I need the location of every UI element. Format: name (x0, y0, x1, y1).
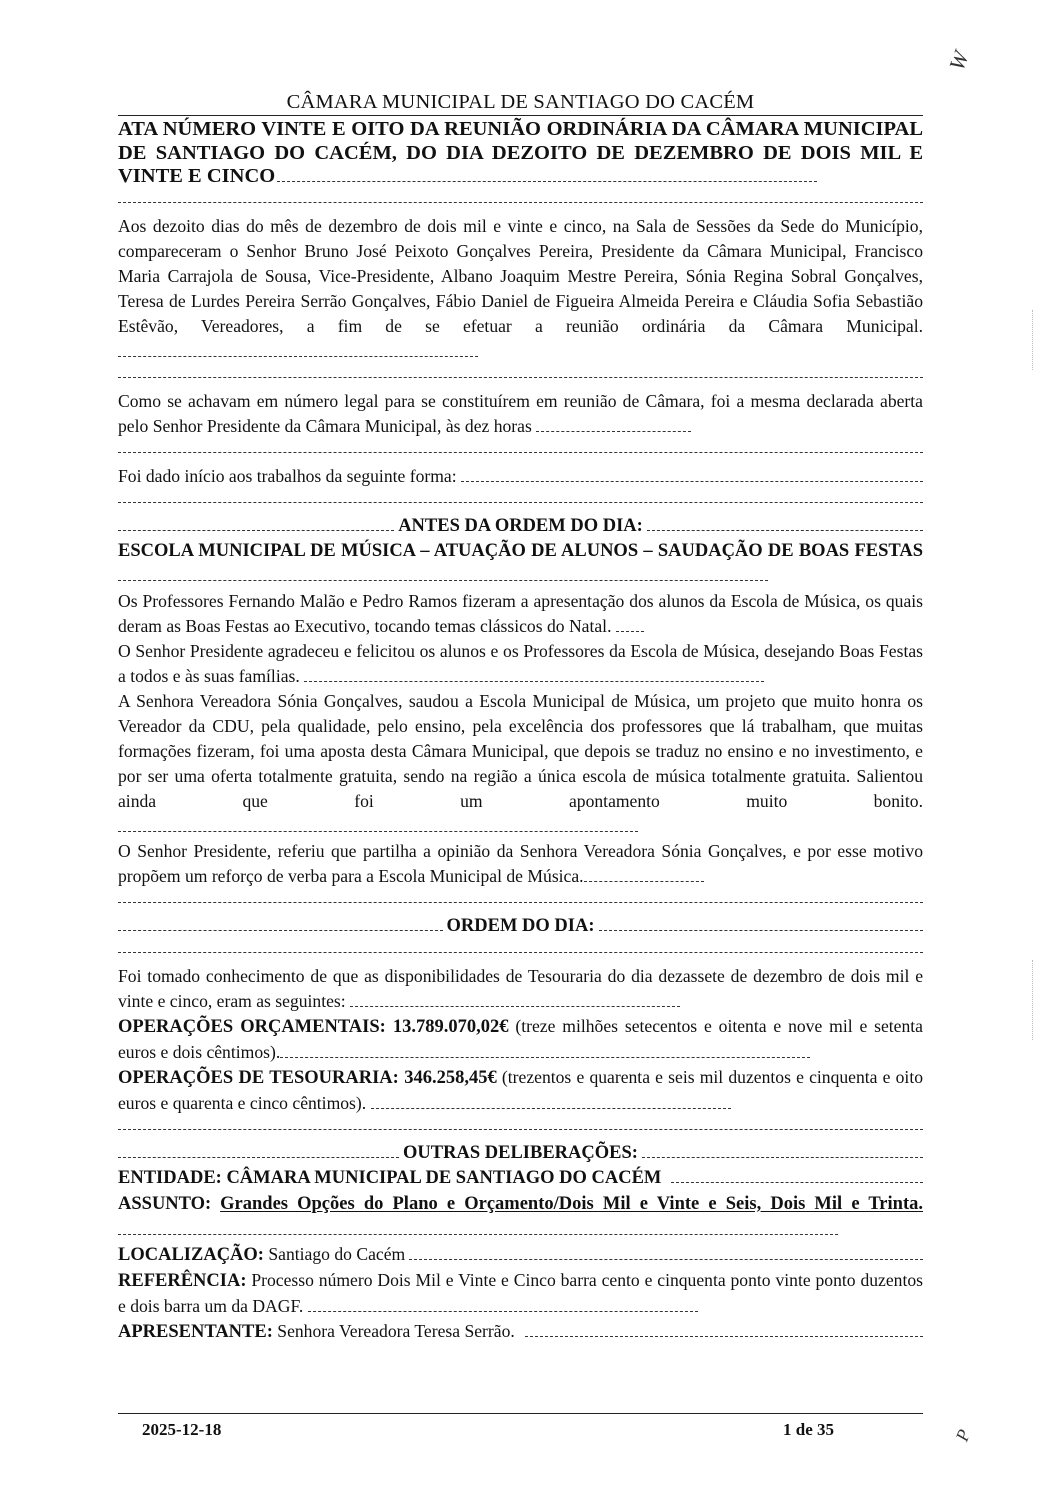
margin-mark (1032, 960, 1034, 1040)
document-page: CÂMARA MUNICIPAL DE SANTIAGO DO CACÉM AT… (118, 90, 923, 1345)
opening-text: Como se achavam em número legal para se … (118, 391, 923, 436)
orcamentais-label: OPERAÇÕES ORÇAMENTAIS: 13.789.070,02€ (118, 1017, 509, 1037)
ata-title: ATA NÚMERO VINTE E OITO DA REUNIÃO ORDIN… (118, 118, 923, 189)
opening-paragraph: Como se achavam em número legal para se … (118, 389, 923, 439)
entidade-text: ENTIDADE: CÂMARA MUNICIPAL DE SANTIAGO D… (118, 1166, 661, 1191)
item-title-text: ESCOLA MUNICIPAL DE MÚSICA – ATUAÇÃO DE … (118, 541, 923, 561)
localizacao-line: LOCALIZAÇÃO: Santiago do Cacém (118, 1242, 923, 1268)
operacoes-tesouraria: OPERAÇÕES DE TESOURARIA: 346.258,45€ (tr… (118, 1065, 923, 1116)
referencia-label: REFERÊNCIA: (118, 1271, 246, 1291)
tesouraria-label: OPERAÇÕES DE TESOURARIA: 346.258,45€ (118, 1068, 497, 1088)
margin-mark (1032, 310, 1034, 370)
antes-ordem-heading: ANTES DA ORDEM DO DIA: (118, 514, 923, 539)
ordem-dia-heading: ORDEM DO DIA: (118, 914, 923, 939)
dash-separator (118, 939, 923, 964)
paragraph-text: Os Professores Fernando Malão e Pedro Ra… (118, 591, 923, 636)
page-number: 1 de 35 (783, 1420, 834, 1440)
attendance-paragraph: Aos dezoito dias do mês de dezembro de d… (118, 214, 923, 364)
antes-paragraph-1: Os Professores Fernando Malão e Pedro Ra… (118, 589, 923, 639)
antes-paragraph-4: O Senhor Presidente, referiu que partilh… (118, 839, 923, 889)
operacoes-orcamentais: OPERAÇÕES ORÇAMENTAIS: 13.789.070,02€ (t… (118, 1014, 923, 1065)
tesouraria-intro: Foi tomado conhecimento de que as dispon… (118, 964, 923, 1014)
start-line: Foi dado início aos trabalhos da seguint… (118, 464, 923, 489)
apresentante-label: APRESENTANTE: (118, 1320, 273, 1345)
localizacao-label: LOCALIZAÇÃO: (118, 1243, 264, 1268)
tesouraria-intro-text: Foi tomado conhecimento de que as dispon… (118, 966, 923, 1011)
apresentante-line: APRESENTANTE: Senhora Vereadora Teresa S… (118, 1319, 923, 1345)
attendance-text: Aos dezoito dias do mês de dezembro de d… (118, 216, 923, 336)
footer-date: 2025-12-18 (142, 1420, 221, 1440)
dash-separator (118, 889, 923, 914)
section-title-ordem-dia: ORDEM DO DIA: (447, 914, 595, 939)
section-title-outras: OUTRAS DELIBERAÇÕES: (403, 1141, 638, 1166)
dash-separator (118, 364, 923, 389)
dash-separator (118, 1116, 923, 1141)
assunto-line: ASSUNTO: Grandes Opções do Plano e Orçam… (118, 1191, 923, 1242)
assunto-label: ASSUNTO: (118, 1194, 211, 1214)
header-rule (118, 115, 923, 116)
dash-separator (118, 189, 923, 214)
paragraph-text: O Senhor Presidente, referiu que partilh… (118, 841, 923, 886)
paragraph-text: O Senhor Presidente agradeceu e felicito… (118, 641, 923, 686)
dash-separator (118, 489, 923, 514)
assunto-value: Grandes Opções do Plano e Orçamento/Dois… (220, 1194, 923, 1214)
antes-paragraph-2: O Senhor Presidente agradeceu e felicito… (118, 639, 923, 689)
entidade-line: ENTIDADE: CÂMARA MUNICIPAL DE SANTIAGO D… (118, 1166, 923, 1191)
apresentante-value: Senhora Vereadora Teresa Serrão. (277, 1319, 514, 1344)
localizacao-value: Santiago do Cacém (268, 1242, 405, 1267)
paragraph-text: A Senhora Vereadora Sónia Gonçalves, sau… (118, 691, 923, 811)
page-footer: 2025-12-18 1 de 35 (118, 1413, 923, 1414)
dash-separator (118, 439, 923, 464)
ata-title-text: ATA NÚMERO VINTE E OITO DA REUNIÃO ORDIN… (118, 118, 923, 187)
outras-heading: OUTRAS DELIBERAÇÕES: (118, 1141, 923, 1166)
handwritten-initials-top: W (944, 48, 975, 74)
section-title-antes-ordem: ANTES DA ORDEM DO DIA: (398, 514, 643, 539)
start-text: Foi dado início aos trabalhos da seguint… (118, 464, 457, 489)
antes-paragraph-3: A Senhora Vereadora Sónia Gonçalves, sau… (118, 689, 923, 839)
referencia-line: REFERÊNCIA: Processo número Dois Mil e V… (118, 1268, 923, 1319)
item-title-escola-musica: ESCOLA MUNICIPAL DE MÚSICA – ATUAÇÃO DE … (118, 539, 923, 589)
institution-header: CÂMARA MUNICIPAL DE SANTIAGO DO CACÉM (118, 90, 923, 114)
handwritten-initials-bottom: P (952, 1427, 975, 1445)
